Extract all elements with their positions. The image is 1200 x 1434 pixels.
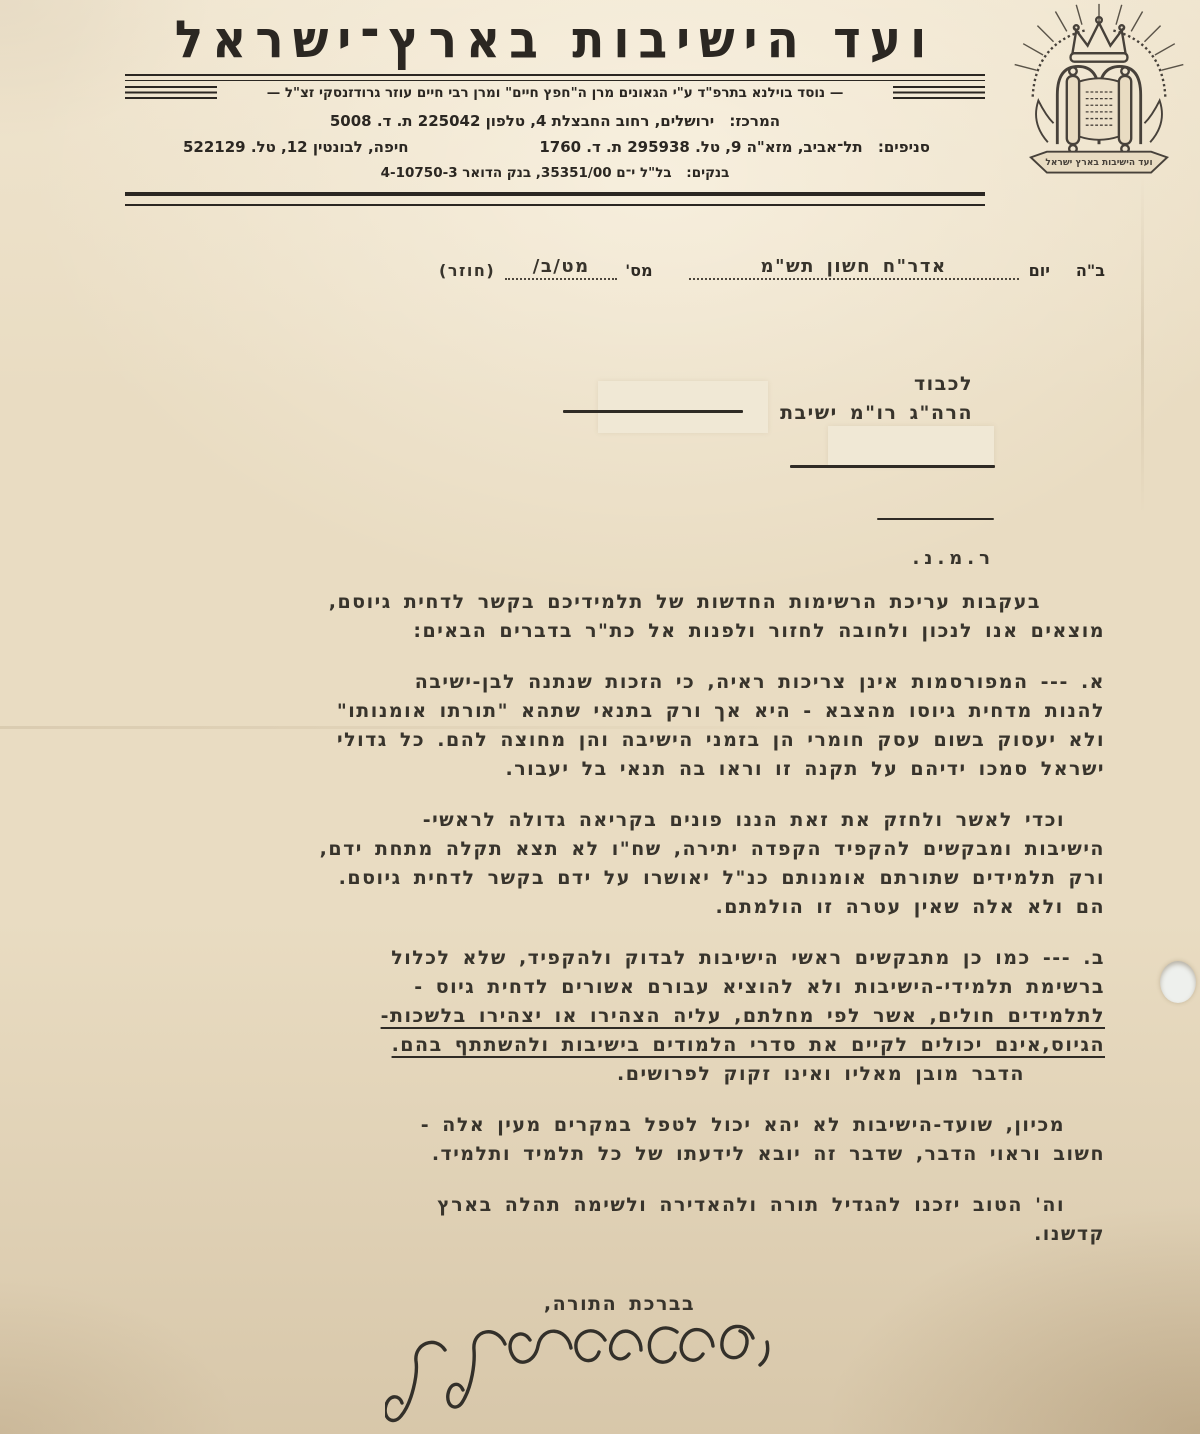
salutation-abbrev: ר.מ.נ.	[903, 548, 995, 569]
letter-line: הם ולא אלה שאין עטרה זו הולמתם.	[85, 893, 1105, 922]
addressee-line: הרה"ג רו"מ ישיבת	[780, 399, 973, 428]
double-rule	[125, 74, 985, 81]
banks-line: בנקים: בל"ל י־ם 35351/00, בנק הדואר 4-10…	[125, 165, 985, 181]
triple-lines-left	[125, 86, 217, 100]
number-field: מט/ב/	[505, 252, 617, 280]
letter-line-underlined: לתלמידים חולים, אשר לפי מחלתם, עליה הצהי…	[85, 1002, 1105, 1031]
to-label: לכבוד	[780, 370, 973, 399]
letter-line: הדבר מובן מאליו ואינו זקוק לפרושים.	[85, 1060, 1105, 1089]
typed-date: אדר"ח חשון תש"מ	[761, 256, 947, 277]
address-center: המרכז: ירושלים, רחוב החבצלת 4, טלפון 225…	[125, 112, 985, 130]
paragraph-blessing: וה' הטוב יזכנו להגדיל תורה ולהאדירה ולשי…	[85, 1191, 1105, 1249]
letter-line: קדשנו.	[85, 1220, 1105, 1249]
center-label: המרכז:	[729, 112, 780, 130]
paragraph-vaad: מכיון, שועד-הישיבות לא יהא יכול לטפל במק…	[85, 1111, 1105, 1169]
blank-fill-line	[563, 410, 743, 413]
letter-line-underlined: הגיוס,אינם יכולים לקיים את סדרי הלמודים …	[85, 1031, 1105, 1060]
blank-fill-line	[877, 518, 994, 520]
letter-line: וה' הטוב יזכנו להגדיל תורה ולהאדירה ולשי…	[85, 1191, 1105, 1220]
letter-line: הישיבות ומבקשים להקפיד הקפדה יתירה, שח"ו…	[85, 835, 1105, 864]
letter-line: ולא יעסוק בשום עסק חומרי הן בזמני הישיבה…	[85, 726, 1105, 755]
founding-line: — נוסד בוילנא בתרפ"ד ע"י הגאונים מרן ה"ח…	[259, 85, 852, 101]
scanned-letter-page: ועד הישיבות בארץ־ישראל — נוסד בוילנא בתר…	[0, 0, 1200, 1434]
letter-line: ברשימת תלמידי-הישיבות ולא להוציא עבורם א…	[85, 973, 1105, 1002]
banks-value: בל"ל י־ם 35351/00, בנק הדואר 4-10750-3	[381, 165, 672, 181]
organization-title: ועד הישיבות בארץ־ישראל	[125, 10, 985, 71]
paper-crease	[1141, 175, 1144, 515]
letter-line: להנות מדחית גיוסו מהצבא - היא אך ורק בתנ…	[85, 697, 1105, 726]
correction-tape	[598, 381, 768, 433]
correction-tape	[828, 426, 994, 466]
circular-note: (חוזר)	[439, 261, 495, 280]
letter-line: וכדי לאשר ולחזק את זאת הננו פונים בקריאה…	[85, 806, 1105, 835]
dateline: ב"ה יום אדר"ח חשון תש"מ מס' מט/ב/ (חוזר)	[130, 252, 1105, 280]
letter-line: ישראל סמכו ידיהם על תקנה זו וראו בה תנאי…	[85, 755, 1105, 784]
paragraph-section-a: א. --- המפורסמות אינן צריכות ראיה, כי הז…	[85, 668, 1105, 784]
letter-line: ורק תלמידים שתורתם אומנותם כנ"ל יאושרו ע…	[85, 864, 1105, 893]
center-value: ירושלים, רחוב החבצלת 4, טלפון 225042 ת. …	[330, 112, 714, 130]
triple-lines-right	[893, 86, 985, 100]
letterhead: ועד הישיבות בארץ־ישראל — נוסד בוילנא בתר…	[125, 10, 985, 206]
paragraph-opening: בעקבות עריכת הרשימות החדשות של תלמידיכם …	[85, 588, 1105, 646]
letter-line: בעקבות עריכת הרשימות החדשות של תלמידיכם …	[85, 588, 1105, 617]
banks-label: בנקים:	[686, 165, 729, 181]
paragraph-call: וכדי לאשר ולחזק את זאת הננו פונים בקריאה…	[85, 806, 1105, 922]
bsd-mark: ב"ה	[1076, 261, 1105, 280]
branch-haifa: חיפה, לבונטין 12, טל. 522129	[183, 138, 409, 156]
branches-right: סניפים: תל־אביב, מזא"ה 9, טל. 295938 ת. …	[539, 138, 930, 156]
letter-line: ב. --- כמו כן מתבקשים ראשי הישיבות לבדוק…	[85, 944, 1105, 973]
typed-number: מט/ב/	[533, 256, 590, 277]
founding-row: — נוסד בוילנא בתרפ"ד ע"י הגאונים מרן ה"ח…	[125, 85, 985, 101]
branch-telaviv: תל־אביב, מזא"ה 9, טל. 295938 ת. ד. 1760	[539, 138, 862, 156]
number-label: מס'	[625, 261, 652, 280]
letter-line: מוצאים אנו לנכון ולחובה לחזור ולפנות אל …	[85, 617, 1105, 646]
emblem-banner-text: ועד הישיבות בארץ ישראל	[1045, 158, 1152, 168]
handwritten-signature	[385, 1308, 785, 1433]
letter-line: א. --- המפורסמות אינן צריכות ראיה, כי הז…	[85, 668, 1105, 697]
letter-line: חשוב וראוי הדבר, שדבר זה יובא לידעתו של …	[85, 1140, 1105, 1169]
letter-body: בעקבות עריכת הרשימות החדשות של תלמידיכם …	[85, 588, 1105, 1271]
paragraph-section-b: ב. --- כמו כן מתבקשים ראשי הישיבות לבדוק…	[85, 944, 1105, 1089]
day-label: יום	[1029, 261, 1050, 280]
hole-punch	[1160, 961, 1196, 1003]
blank-fill-line	[790, 465, 995, 468]
letter-line: מכיון, שועד-הישיבות לא יהא יכול לטפל במק…	[85, 1111, 1105, 1140]
date-field: אדר"ח חשון תש"מ	[689, 252, 1019, 280]
recipient-block: לכבוד הרה"ג רו"מ ישיבת	[780, 370, 973, 428]
address-branches: סניפים: תל־אביב, מזא"ה 9, טל. 295938 ת. …	[125, 138, 985, 156]
torah-scroll-crown-emblem-icon: ועד הישיבות בארץ ישראל	[1002, 2, 1196, 182]
branches-label: סניפים:	[878, 138, 930, 156]
heavy-rule	[125, 192, 985, 206]
